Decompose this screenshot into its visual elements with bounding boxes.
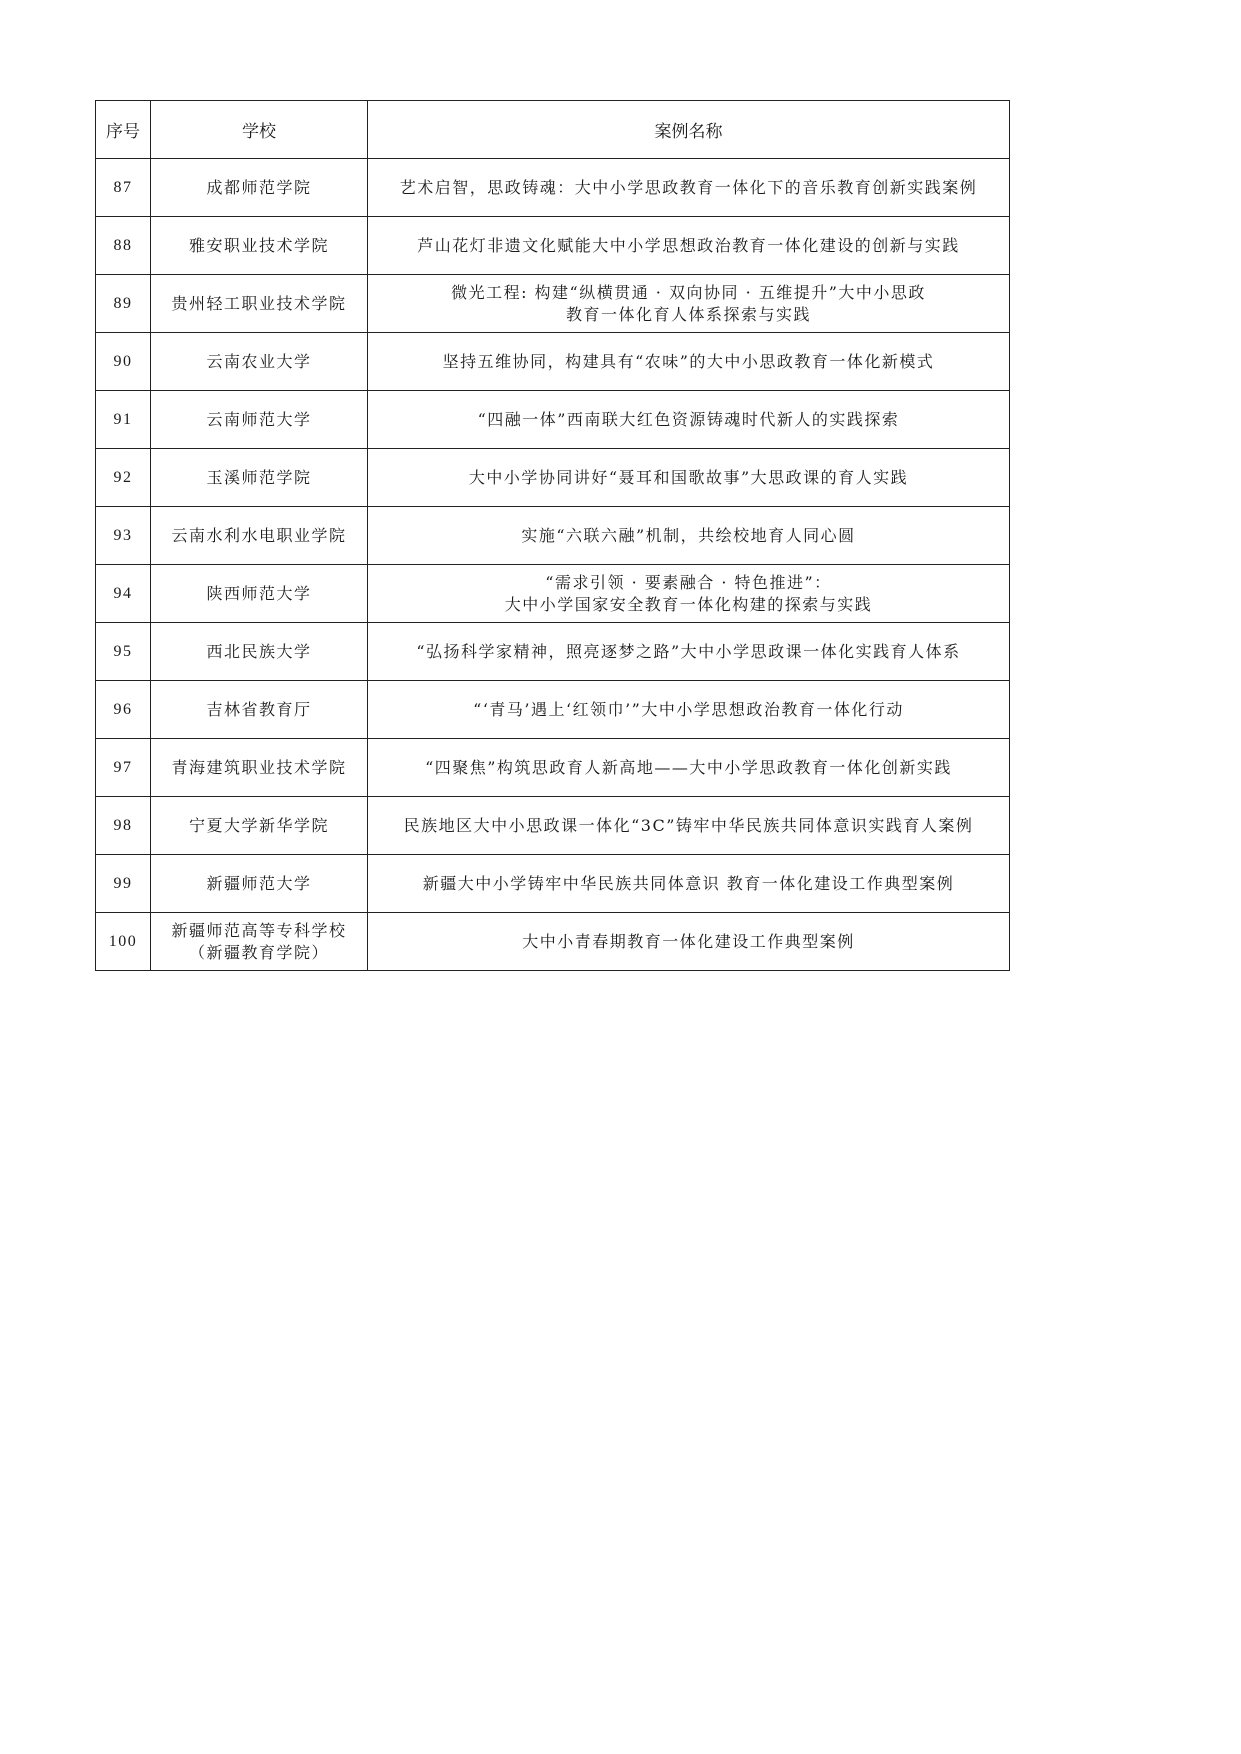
- table-row: 96吉林省教育厅“‘青马’遇上‘红领巾’”大中小学思想政治教育一体化行动: [96, 681, 1010, 739]
- row-number: 96: [96, 681, 151, 739]
- table-row: 94陕西师范大学“需求引领 · 要素融合 · 特色推进”：大中小学国家安全教育一…: [96, 565, 1010, 623]
- table-row: 98宁夏大学新华学院民族地区大中小思政课一体化“3C”铸牢中华民族共同体意识实践…: [96, 797, 1010, 855]
- table-row: 99新疆师范大学新疆大中小学铸牢中华民族共同体意识 教育一体化建设工作典型案例: [96, 855, 1010, 913]
- table-row: 95西北民族大学“弘扬科学家精神，照亮逐梦之路”大中小学思政课一体化实践育人体系: [96, 623, 1010, 681]
- case-name-cell: 芦山花灯非遗文化赋能大中小学思想政治教育一体化建设的创新与实践: [368, 217, 1010, 275]
- case-table: 序号 学校 案例名称 87成都师范学院艺术启智，思政铸魂：大中小学思政教育一体化…: [95, 100, 1010, 971]
- table-body: 87成都师范学院艺术启智，思政铸魂：大中小学思政教育一体化下的音乐教育创新实践案…: [96, 159, 1010, 971]
- school-cell: 西北民族大学: [151, 623, 368, 681]
- row-number: 87: [96, 159, 151, 217]
- case-name-cell: 坚持五维协同，构建具有“农味”的大中小思政教育一体化新模式: [368, 333, 1010, 391]
- case-name-line: 艺术启智，思政铸魂：大中小学思政教育一体化下的音乐教育创新实践案例: [372, 177, 1005, 199]
- row-number: 99: [96, 855, 151, 913]
- school-cell: 青海建筑职业技术学院: [151, 739, 368, 797]
- school-cell: 雅安职业技术学院: [151, 217, 368, 275]
- case-name-line: “四融一体”西南联大红色资源铸魂时代新人的实践探索: [372, 409, 1005, 431]
- header-no: 序号: [96, 101, 151, 159]
- school-cell: 新疆师范大学: [151, 855, 368, 913]
- school-cell: 陕西师范大学: [151, 565, 368, 623]
- table-row: 88雅安职业技术学院芦山花灯非遗文化赋能大中小学思想政治教育一体化建设的创新与实…: [96, 217, 1010, 275]
- case-name-line: 实施“六联六融”机制，共绘校地育人同心圆: [372, 525, 1005, 547]
- case-name-cell: “‘青马’遇上‘红领巾’”大中小学思想政治教育一体化行动: [368, 681, 1010, 739]
- case-name-cell: “弘扬科学家精神，照亮逐梦之路”大中小学思政课一体化实践育人体系: [368, 623, 1010, 681]
- school-name-line: 青海建筑职业技术学院: [155, 757, 363, 779]
- table-row: 92玉溪师范学院大中小学协同讲好“聂耳和国歌故事”大思政课的育人实践: [96, 449, 1010, 507]
- table-row: 87成都师范学院艺术启智，思政铸魂：大中小学思政教育一体化下的音乐教育创新实践案…: [96, 159, 1010, 217]
- header-case: 案例名称: [368, 101, 1010, 159]
- school-cell: 云南农业大学: [151, 333, 368, 391]
- case-name-cell: 艺术启智，思政铸魂：大中小学思政教育一体化下的音乐教育创新实践案例: [368, 159, 1010, 217]
- case-name-cell: 实施“六联六融”机制，共绘校地育人同心圆: [368, 507, 1010, 565]
- school-name-line: 云南水利水电职业学院: [155, 525, 363, 547]
- case-name-cell: “需求引领 · 要素融合 · 特色推进”：大中小学国家安全教育一体化构建的探索与…: [368, 565, 1010, 623]
- case-name-line: 大中小青春期教育一体化建设工作典型案例: [372, 931, 1005, 953]
- table-row: 93云南水利水电职业学院实施“六联六融”机制，共绘校地育人同心圆: [96, 507, 1010, 565]
- document-page: 序号 学校 案例名称 87成都师范学院艺术启智，思政铸魂：大中小学思政教育一体化…: [0, 0, 1241, 1754]
- case-name-cell: “四聚焦”构筑思政育人新高地——大中小学思政教育一体化创新实践: [368, 739, 1010, 797]
- school-name-line: 新疆师范高等专科学校: [155, 920, 363, 942]
- school-name-line: 云南农业大学: [155, 351, 363, 373]
- header-row: 序号 学校 案例名称: [96, 101, 1010, 159]
- table-row: 89贵州轻工职业技术学院微光工程: 构建“纵横贯通 · 双向协同 · 五维提升”…: [96, 275, 1010, 333]
- row-number: 90: [96, 333, 151, 391]
- row-number: 88: [96, 217, 151, 275]
- school-name-line: （新疆教育学院）: [155, 942, 363, 964]
- case-name-line: “需求引领 · 要素融合 · 特色推进”：: [372, 572, 1005, 594]
- school-name-line: 云南师范大学: [155, 409, 363, 431]
- table-row: 100新疆师范高等专科学校（新疆教育学院）大中小青春期教育一体化建设工作典型案例: [96, 913, 1010, 971]
- row-number: 92: [96, 449, 151, 507]
- school-cell: 新疆师范高等专科学校（新疆教育学院）: [151, 913, 368, 971]
- school-cell: 宁夏大学新华学院: [151, 797, 368, 855]
- school-name-line: 贵州轻工职业技术学院: [155, 293, 363, 315]
- school-cell: 云南师范大学: [151, 391, 368, 449]
- case-name-line: “四聚焦”构筑思政育人新高地——大中小学思政教育一体化创新实践: [372, 757, 1005, 779]
- school-name-line: 宁夏大学新华学院: [155, 815, 363, 837]
- case-name-cell: 大中小学协同讲好“聂耳和国歌故事”大思政课的育人实践: [368, 449, 1010, 507]
- school-name-line: 成都师范学院: [155, 177, 363, 199]
- case-name-cell: “四融一体”西南联大红色资源铸魂时代新人的实践探索: [368, 391, 1010, 449]
- table-row: 91云南师范大学“四融一体”西南联大红色资源铸魂时代新人的实践探索: [96, 391, 1010, 449]
- case-name-cell: 大中小青春期教育一体化建设工作典型案例: [368, 913, 1010, 971]
- row-number: 91: [96, 391, 151, 449]
- table-row: 97青海建筑职业技术学院“四聚焦”构筑思政育人新高地——大中小学思政教育一体化创…: [96, 739, 1010, 797]
- school-cell: 贵州轻工职业技术学院: [151, 275, 368, 333]
- row-number: 98: [96, 797, 151, 855]
- school-name-line: 陕西师范大学: [155, 583, 363, 605]
- case-name-line: 大中小学协同讲好“聂耳和国歌故事”大思政课的育人实践: [372, 467, 1005, 489]
- school-name-line: 雅安职业技术学院: [155, 235, 363, 257]
- case-name-line: 坚持五维协同，构建具有“农味”的大中小思政教育一体化新模式: [372, 351, 1005, 373]
- row-number: 95: [96, 623, 151, 681]
- case-name-line: 民族地区大中小思政课一体化“3C”铸牢中华民族共同体意识实践育人案例: [372, 815, 1005, 837]
- row-number: 97: [96, 739, 151, 797]
- row-number: 89: [96, 275, 151, 333]
- case-name-line: “弘扬科学家精神，照亮逐梦之路”大中小学思政课一体化实践育人体系: [372, 641, 1005, 663]
- school-cell: 成都师范学院: [151, 159, 368, 217]
- row-number: 100: [96, 913, 151, 971]
- header-school: 学校: [151, 101, 368, 159]
- school-name-line: 吉林省教育厅: [155, 699, 363, 721]
- school-cell: 玉溪师范学院: [151, 449, 368, 507]
- case-name-line: 教育一体化育人体系探索与实践: [372, 304, 1005, 326]
- case-name-line: “‘青马’遇上‘红领巾’”大中小学思想政治教育一体化行动: [372, 699, 1005, 721]
- case-name-cell: 民族地区大中小思政课一体化“3C”铸牢中华民族共同体意识实践育人案例: [368, 797, 1010, 855]
- row-number: 93: [96, 507, 151, 565]
- school-cell: 吉林省教育厅: [151, 681, 368, 739]
- case-name-line: 微光工程: 构建“纵横贯通 · 双向协同 · 五维提升”大中小思政: [372, 282, 1005, 304]
- case-name-line: 大中小学国家安全教育一体化构建的探索与实践: [372, 594, 1005, 616]
- case-name-cell: 微光工程: 构建“纵横贯通 · 双向协同 · 五维提升”大中小思政教育一体化育人…: [368, 275, 1010, 333]
- table-row: 90云南农业大学坚持五维协同，构建具有“农味”的大中小思政教育一体化新模式: [96, 333, 1010, 391]
- case-name-line: 芦山花灯非遗文化赋能大中小学思想政治教育一体化建设的创新与实践: [372, 235, 1005, 257]
- school-name-line: 玉溪师范学院: [155, 467, 363, 489]
- row-number: 94: [96, 565, 151, 623]
- case-name-line: 新疆大中小学铸牢中华民族共同体意识 教育一体化建设工作典型案例: [372, 873, 1005, 895]
- school-cell: 云南水利水电职业学院: [151, 507, 368, 565]
- case-name-cell: 新疆大中小学铸牢中华民族共同体意识 教育一体化建设工作典型案例: [368, 855, 1010, 913]
- school-name-line: 西北民族大学: [155, 641, 363, 663]
- school-name-line: 新疆师范大学: [155, 873, 363, 895]
